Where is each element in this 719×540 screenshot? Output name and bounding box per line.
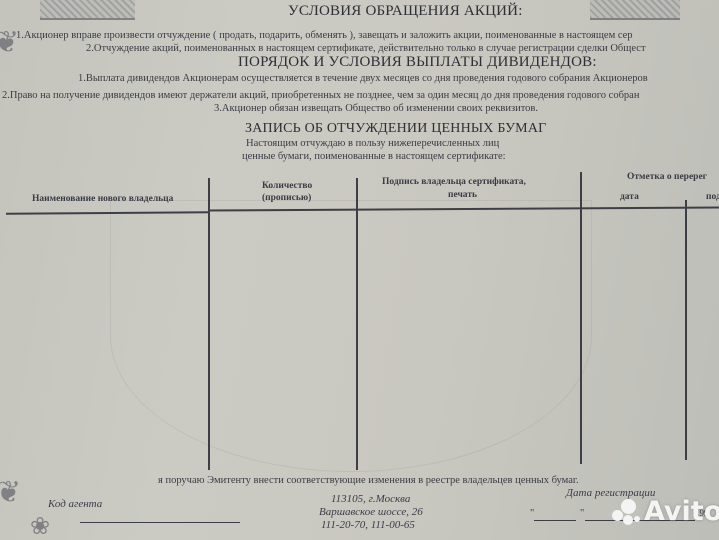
column-header-new-owner: Наименование нового владельца bbox=[32, 194, 173, 204]
corner-ornament-bottom-left: ❦ bbox=[0, 478, 21, 508]
column-header-signature-2: печать bbox=[448, 190, 477, 200]
table-header-rule-left bbox=[6, 211, 210, 214]
top-ornamental-banner-right bbox=[590, 0, 680, 20]
avito-watermark: Avito bbox=[612, 496, 719, 527]
dividends-title: ПОРЯДОК И УСЛОВИЯ ВЫПЛАТЫ ДИВИДЕНДОВ: bbox=[238, 54, 597, 71]
top-ornamental-banner-left bbox=[40, 0, 135, 20]
agent-code-label: Код агента bbox=[48, 498, 102, 510]
address-line-3: 111-20-70, 111-00-65 bbox=[321, 519, 415, 531]
circulation-item-2: 2.Отчуждение акций, поименованных в наст… bbox=[86, 43, 646, 54]
instruction-text: я поручаю Эмитенту внести соответствующи… bbox=[158, 475, 579, 486]
dividends-item-2: 2.Право на получение дивидендов имеют де… bbox=[2, 90, 639, 101]
avito-brand-text: Avito bbox=[644, 496, 719, 527]
transfer-line-2: ценные бумаги, поименованные в настоящем… bbox=[242, 151, 506, 162]
table-divider-2 bbox=[356, 178, 358, 470]
table-body-date-cell[interactable] bbox=[583, 210, 683, 460]
column-header-date: дата bbox=[620, 192, 639, 202]
circulation-title: УСЛОВИЯ ОБРАЩЕНИЯ АКЦИЙ: bbox=[288, 3, 523, 20]
column-header-signature-1: Подпись владельца сертификата, bbox=[382, 177, 526, 187]
dividends-item-3: 3.Акционер обязан извещать Общество об и… bbox=[214, 103, 538, 114]
circulation-item-1: 1.Акционер вправе произвести отчуждение … bbox=[16, 30, 633, 41]
avito-logo-icon bbox=[612, 499, 640, 525]
registration-day-field[interactable] bbox=[534, 520, 576, 521]
table-body-signature-cell[interactable] bbox=[359, 212, 578, 464]
column-header-signature-short: под bbox=[706, 192, 719, 202]
column-header-quantity-1: Количество bbox=[262, 181, 312, 191]
transfer-line-1: Настоящим отчуждаю в пользу нижеперечисл… bbox=[246, 138, 499, 149]
transfer-title: ЗАПИСЬ ОБ ОТЧУЖДЕНИИ ЦЕННЫХ БУМАГ bbox=[245, 121, 546, 137]
agent-code-field[interactable] bbox=[80, 522, 240, 523]
address-line-1: 113105, г.Москва bbox=[331, 493, 410, 505]
corner-ornament-bottom-left-2: ❀ bbox=[30, 515, 50, 539]
table-divider-4 bbox=[685, 200, 687, 460]
date-quote-close: " bbox=[580, 508, 584, 519]
table-body-new-owner-cell[interactable] bbox=[6, 216, 206, 466]
address-line-2: Варшавское шоссе, 26 bbox=[319, 506, 423, 518]
table-divider-1 bbox=[208, 178, 210, 470]
table-divider-3 bbox=[580, 172, 582, 464]
dividends-item-1: 1.Выплата дивидендов Акционерам осуществ… bbox=[78, 73, 648, 84]
column-header-quantity-2: (прописью) bbox=[262, 193, 311, 203]
column-header-reregistration: Отметка о перерег bbox=[627, 172, 707, 182]
date-quote-open: " bbox=[530, 508, 534, 519]
table-body-quantity-cell[interactable] bbox=[211, 214, 354, 466]
